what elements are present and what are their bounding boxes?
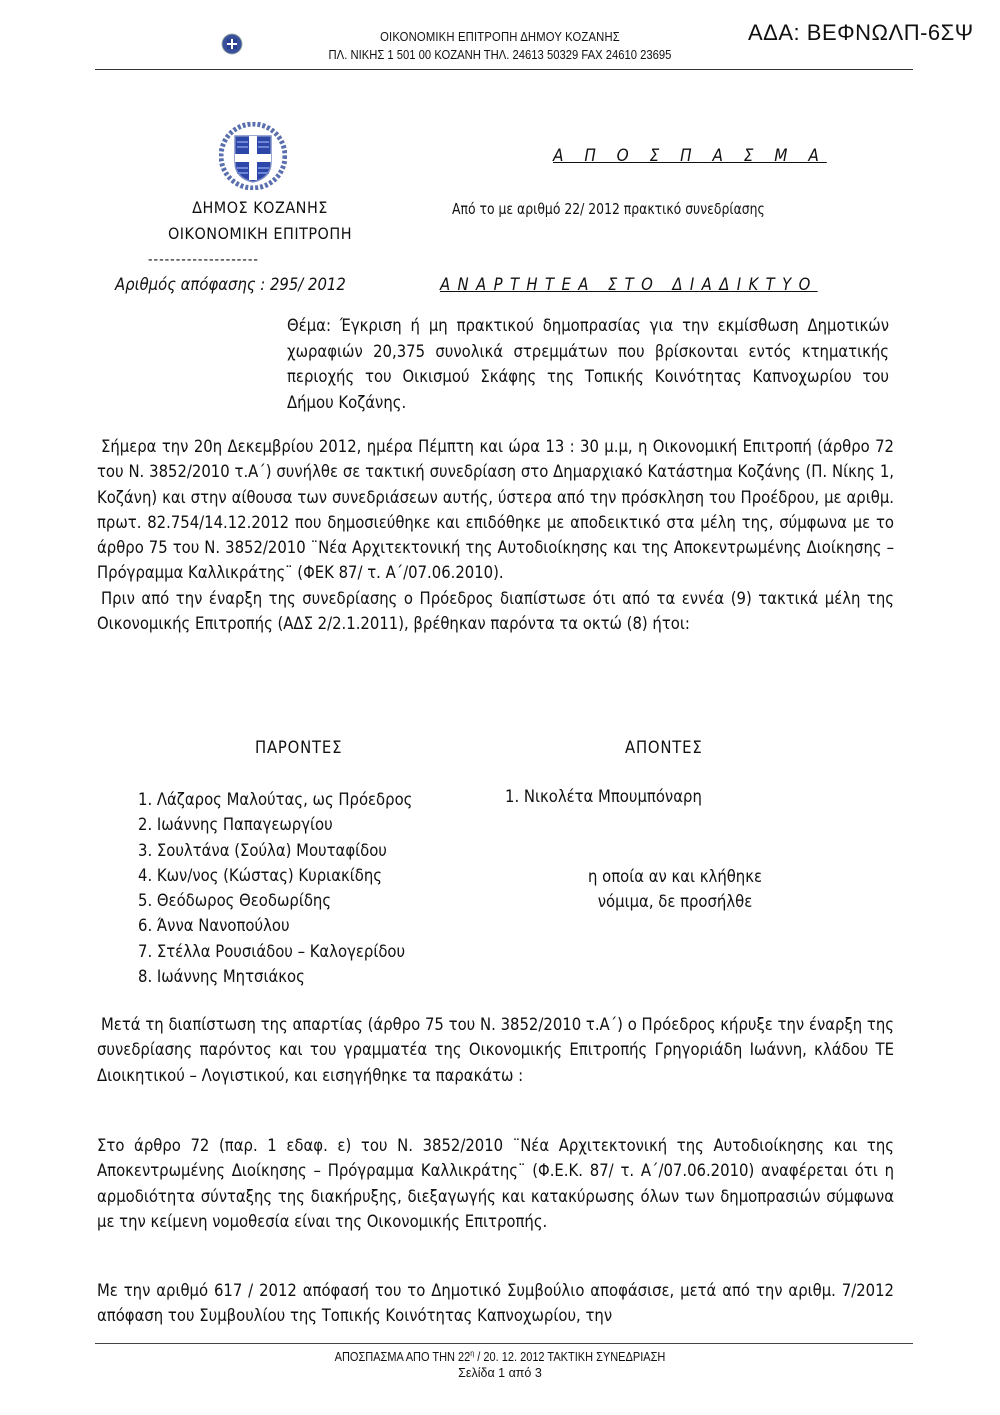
body-paragraph-4: Στο άρθρο 72 (παρ. 1 εδαφ. ε) του Ν. 385…: [97, 1133, 894, 1234]
ada-code: ΑΔΑ: ΒΕΦΝΩΛΠ-6ΣΨ: [748, 20, 974, 46]
present-members-list: 1. Λάζαρος Μαλούτας, ως Πρόεδρος 2. Ιωάν…: [138, 787, 412, 989]
decision-number: Αριθμός απόφασης : 295/ 2012: [115, 275, 346, 294]
body-paragraph-5: Με την αριθμό 617 / 2012 απόφασή του το …: [97, 1278, 894, 1329]
page-number: Σελίδα 1 από 3: [0, 1366, 1000, 1380]
absent-note-line-1: η οποία αν και κλήθηκε: [520, 864, 830, 889]
present-heading: ΠΑΡΟΝΤΕΣ: [255, 738, 342, 757]
committee-name: ΟΙΚΟΝΟΜΙΚΗ ΕΠΙΤΡΟΠΗ: [130, 224, 390, 243]
dashed-divider: --------------------: [148, 252, 259, 268]
coat-of-arms-icon: [219, 122, 287, 190]
municipality-name: ΔΗΜΟΣ ΚΟΖΑΝΗΣ: [130, 198, 390, 217]
list-item: 7. Στέλλα Ρουσιάδου – Καλογερίδου: [138, 939, 412, 964]
intro-section: Σήμερα την 20η Δεκεμβρίου 2012, ημέρα Πέ…: [97, 434, 894, 636]
absent-heading: ΑΠΟΝΤΕΣ: [625, 738, 703, 757]
minutes-reference: Από το με αριθμό 22/ 2012 πρακτικό συνεδ…: [452, 200, 765, 218]
footer-divider: [95, 1343, 913, 1344]
list-item: 1. Νικολέτα Μπουμπόναρη: [505, 787, 702, 806]
intro-paragraph-2: Πριν από την έναρξη της συνεδρίασης ο Πρ…: [97, 586, 894, 637]
intro-paragraph-1: Σήμερα την 20η Δεκεμβρίου 2012, ημέρα Πέ…: [97, 434, 894, 586]
header-divider: [95, 69, 913, 70]
subject-text: Θέμα: Έγκριση ή μη πρακτικού δημοπρασίας…: [287, 313, 889, 415]
absent-note-line-2: νόμιμα, δε προσήλθε: [520, 889, 830, 914]
list-item: 4. Κων/νος (Κώστας) Κυριακίδης: [138, 863, 412, 888]
list-item: 1. Λάζαρος Μαλούτας, ως Πρόεδρος: [138, 787, 412, 812]
list-item: 5. Θεόδωρος Θεοδωρίδης: [138, 888, 412, 913]
list-item: 3. Σουλτάνα (Σούλα) Μουταφίδου: [138, 838, 412, 863]
publish-notice: ΑΝΑΡΤΗΤΕΑ ΣΤΟ ΔΙΑΔΙΚΤΥΟ: [440, 275, 818, 294]
list-item: 2. Ιωάννης Παπαγεωργίου: [138, 812, 412, 837]
absent-members-list: 1. Νικολέτα Μπουμπόναρη: [505, 787, 702, 806]
document-type-title: Α Π Ο Σ Π Α Σ Μ Α: [553, 146, 827, 166]
list-item: 8. Ιωάννης Μητσιάκος: [138, 964, 412, 989]
header-address: ΠΛ. ΝΙΚΗΣ 1 501 00 ΚΟΖΑΝΗ ΤΗΛ. 24613 503…: [50, 48, 950, 62]
footer-session-ref: ΑΠΟΣΠΑΣΜΑ ΑΠΟ ΤΗΝ 22η / 20. 12. 2012 ΤΑΚ…: [60, 1349, 940, 1364]
body-paragraph-3: Μετά τη διαπίστωση της απαρτίας (άρθρο 7…: [97, 1012, 894, 1088]
list-item: 6. Άννα Νανοπούλου: [138, 913, 412, 938]
absent-note: η οποία αν και κλήθηκε νόμιμα, δε προσήλ…: [520, 864, 830, 915]
